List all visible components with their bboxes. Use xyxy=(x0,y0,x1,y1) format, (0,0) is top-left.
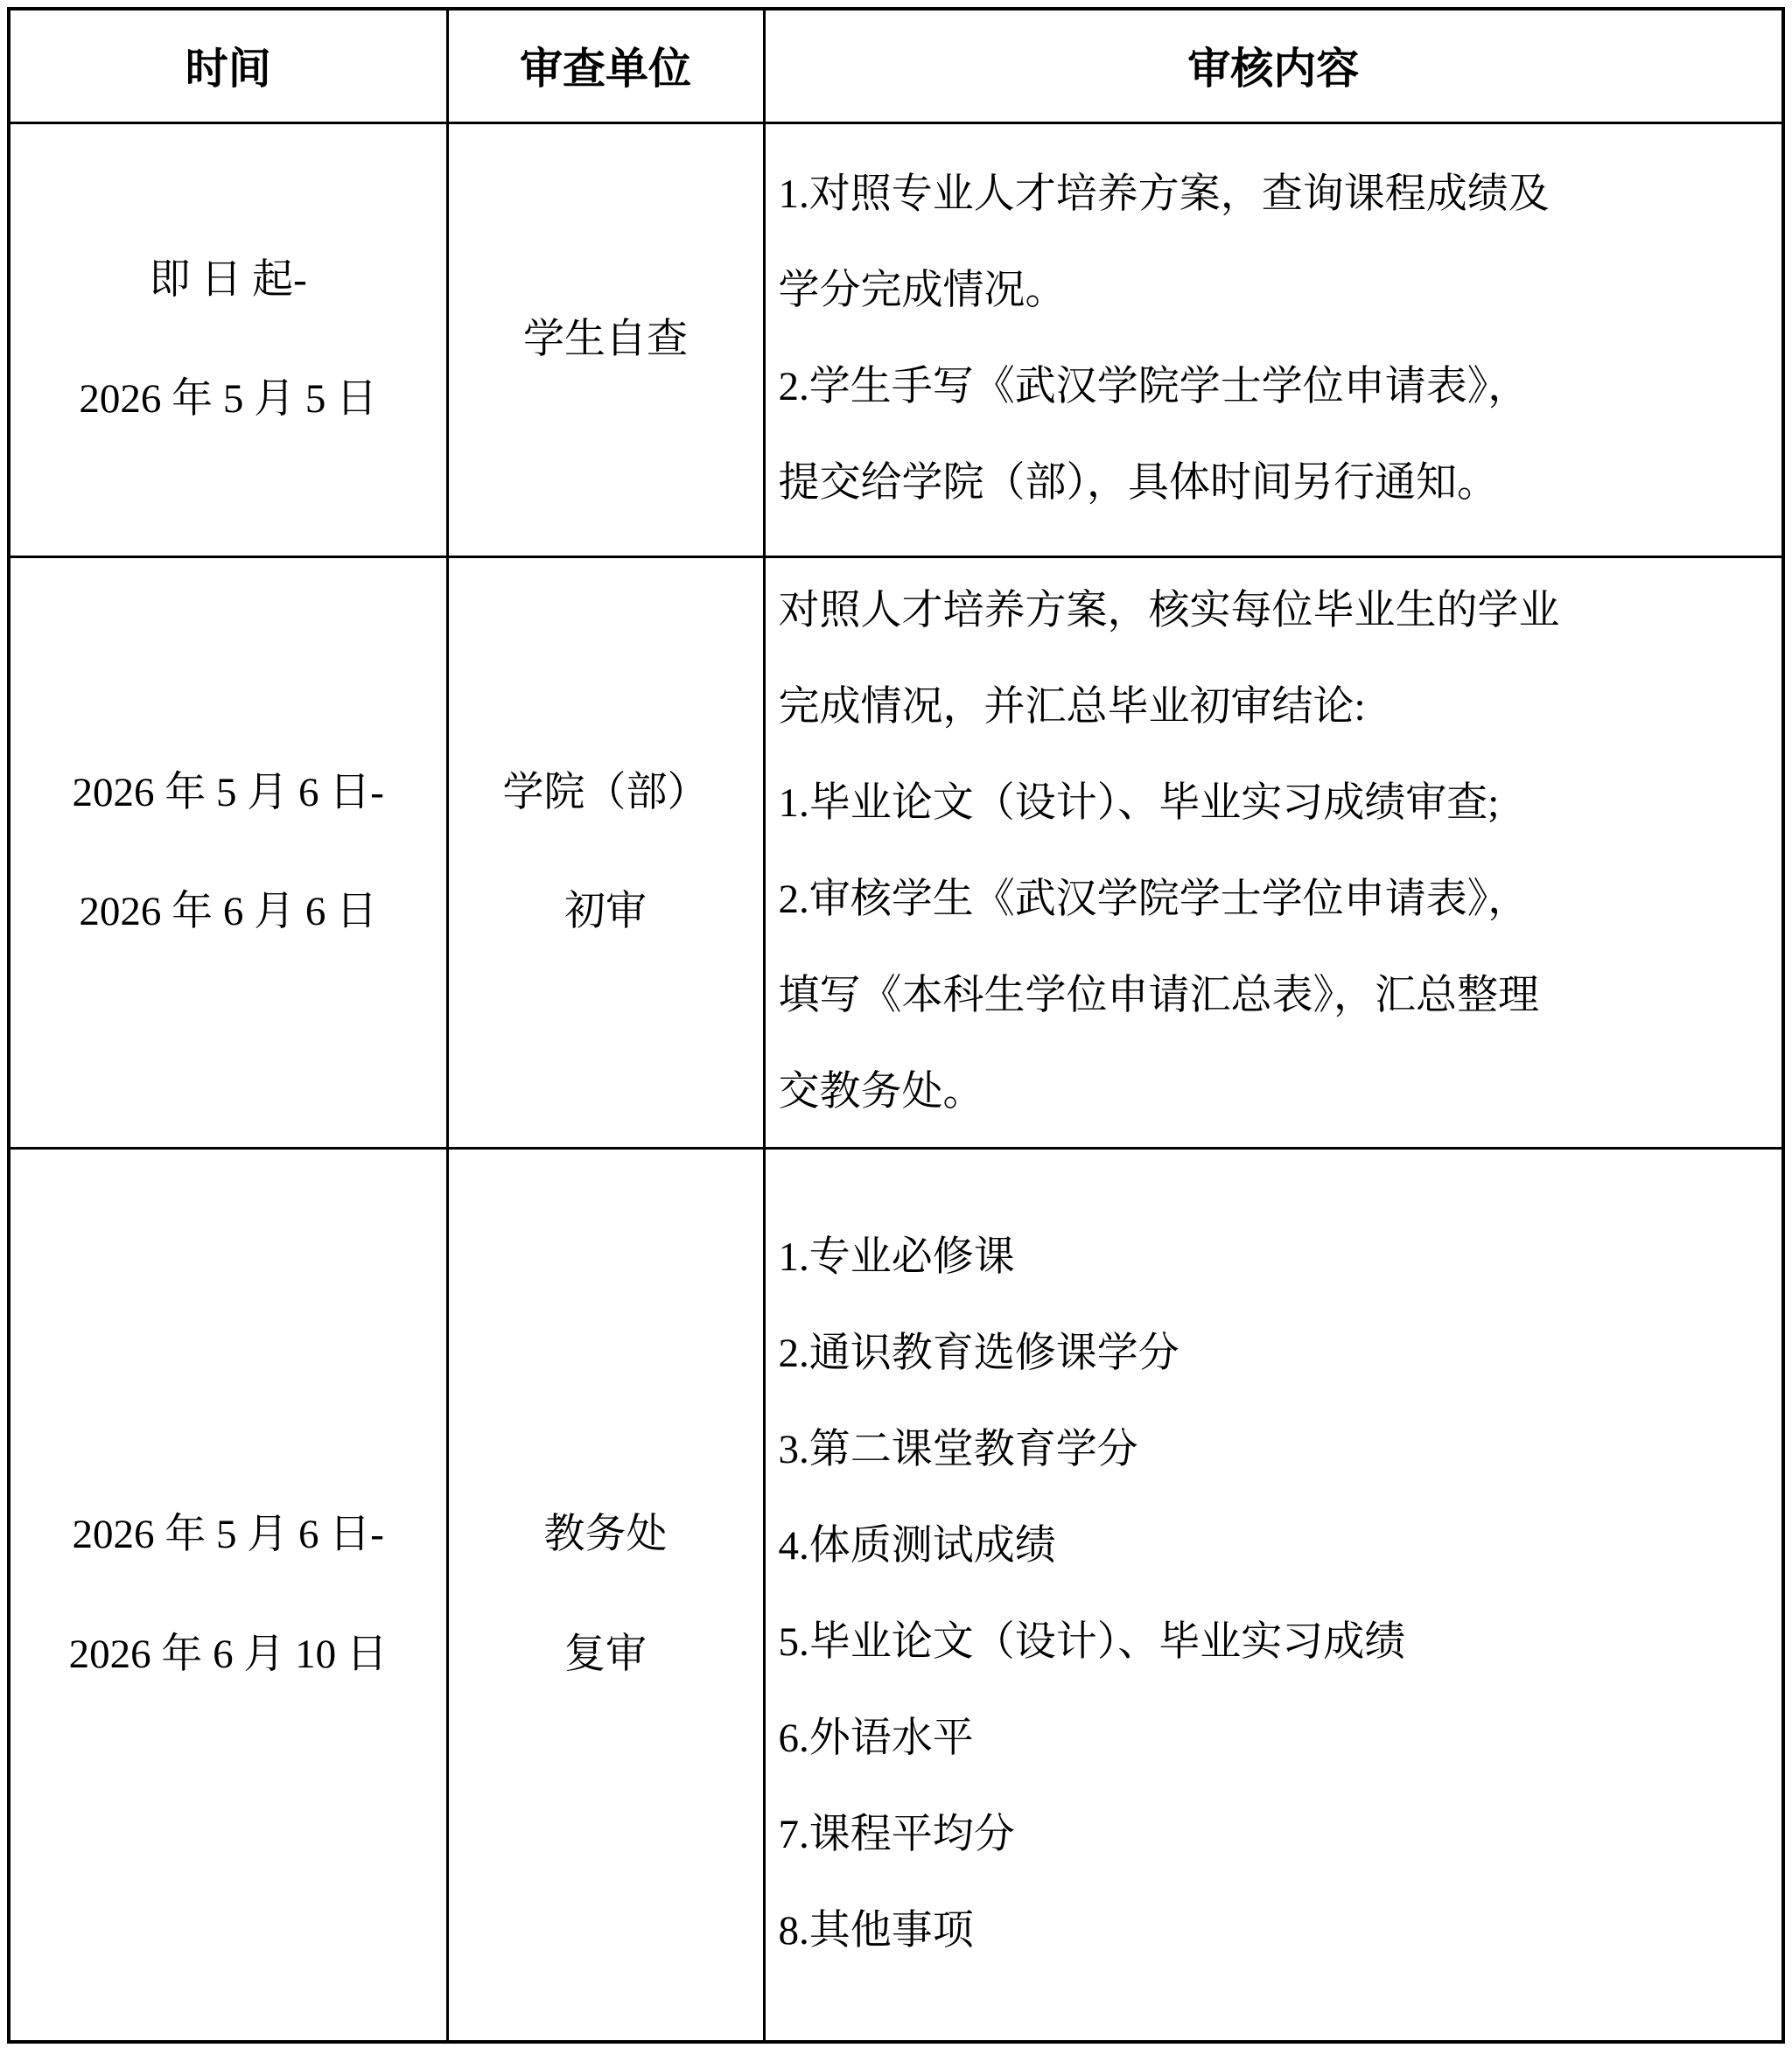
time-line: 2026 年 6 月 10 日 xyxy=(10,1595,446,1714)
content-line: 1.对照专业人才培养方案，查询课程成绩及 xyxy=(779,147,1774,243)
content-line: 2.学生手写《武汉学院学士学位申请表》， xyxy=(779,339,1774,436)
unit-line: 初审 xyxy=(449,852,763,971)
unit-line: 复审 xyxy=(449,1595,763,1714)
unit-line: 学生自查 xyxy=(449,280,763,399)
content-cell: 对照人才培养方案，核实每位毕业生的学业 完成情况，并汇总毕业初审结论: 1.毕业… xyxy=(764,556,1783,1148)
content-cell: 1.对照专业人才培养方案，查询课程成绩及 学分完成情况。 2.学生手写《武汉学院… xyxy=(764,122,1783,556)
unit-cell: 学院（部） 初审 xyxy=(447,556,764,1148)
content-line: 8.其他事项 xyxy=(779,1884,1774,1980)
header-cell-time: 时间 xyxy=(9,9,447,122)
degree-review-schedule-table: 时间 审查单位 审核内容 即 日 起- 2026 年 5 月 5 日 学生自查 … xyxy=(7,7,1785,2044)
content-line: 6.外语水平 xyxy=(779,1691,1774,1787)
table-row-academic-office-recheck: 2026 年 5 月 6 日- 2026 年 6 月 10 日 教务处 复审 1… xyxy=(9,1148,1783,2042)
table-row-college-first-review: 2026 年 5 月 6 日- 2026 年 6 月 6 日 学院（部） 初审 … xyxy=(9,556,1783,1148)
content-line: 3.第二课堂教育学分 xyxy=(779,1402,1774,1499)
content-line: 5.毕业论文（设计）、毕业实习成绩 xyxy=(779,1595,1774,1691)
content-line: 1.毕业论文（设计）、毕业实习成绩审查; xyxy=(779,756,1774,852)
unit-line: 学院（部） xyxy=(449,733,763,852)
content-line: 交教务处。 xyxy=(779,1045,1774,1141)
time-line: 2026 年 5 月 6 日- xyxy=(10,733,446,852)
content-line: 2.通识教育选修课学分 xyxy=(779,1306,1774,1402)
header-row: 时间 审查单位 审核内容 xyxy=(9,9,1783,122)
content-line: 1.专业必修课 xyxy=(779,1210,1774,1306)
content-line: 提交给学院（部），具体时间另行通知。 xyxy=(779,436,1774,532)
time-line: 即 日 起- xyxy=(10,220,446,339)
time-line: 2026 年 6 月 6 日 xyxy=(10,852,446,971)
time-cell: 2026 年 5 月 6 日- 2026 年 6 月 6 日 xyxy=(9,556,447,1148)
content-line: 4.体质测试成绩 xyxy=(779,1499,1774,1595)
time-line: 2026 年 5 月 6 日- xyxy=(10,1475,446,1594)
content-line: 填写《本科生学位申请汇总表》，汇总整理 xyxy=(779,948,1774,1045)
time-cell: 2026 年 5 月 6 日- 2026 年 6 月 10 日 xyxy=(9,1148,447,2042)
header-cell-unit: 审查单位 xyxy=(447,9,764,122)
table-row-student-self-check: 即 日 起- 2026 年 5 月 5 日 学生自查 1.对照专业人才培养方案，… xyxy=(9,122,1783,556)
content-cell: 1.专业必修课 2.通识教育选修课学分 3.第二课堂教育学分 4.体质测试成绩 … xyxy=(764,1148,1783,2042)
content-line: 学分完成情况。 xyxy=(779,243,1774,339)
content-line: 完成情况，并汇总毕业初审结论: xyxy=(779,660,1774,756)
header-cell-content: 审核内容 xyxy=(764,9,1783,122)
document-page: { "table": { "header": { "time": "时间", "… xyxy=(0,0,1792,2048)
time-cell: 即 日 起- 2026 年 5 月 5 日 xyxy=(9,122,447,556)
unit-line: 教务处 xyxy=(449,1475,763,1594)
unit-cell: 学生自查 xyxy=(447,122,764,556)
content-line: 2.审核学生《武汉学院学士学位申请表》， xyxy=(779,852,1774,948)
unit-cell: 教务处 复审 xyxy=(447,1148,764,2042)
content-line: 7.课程平均分 xyxy=(779,1787,1774,1884)
time-line: 2026 年 5 月 5 日 xyxy=(10,339,446,458)
content-line: 对照人才培养方案，核实每位毕业生的学业 xyxy=(779,563,1774,660)
